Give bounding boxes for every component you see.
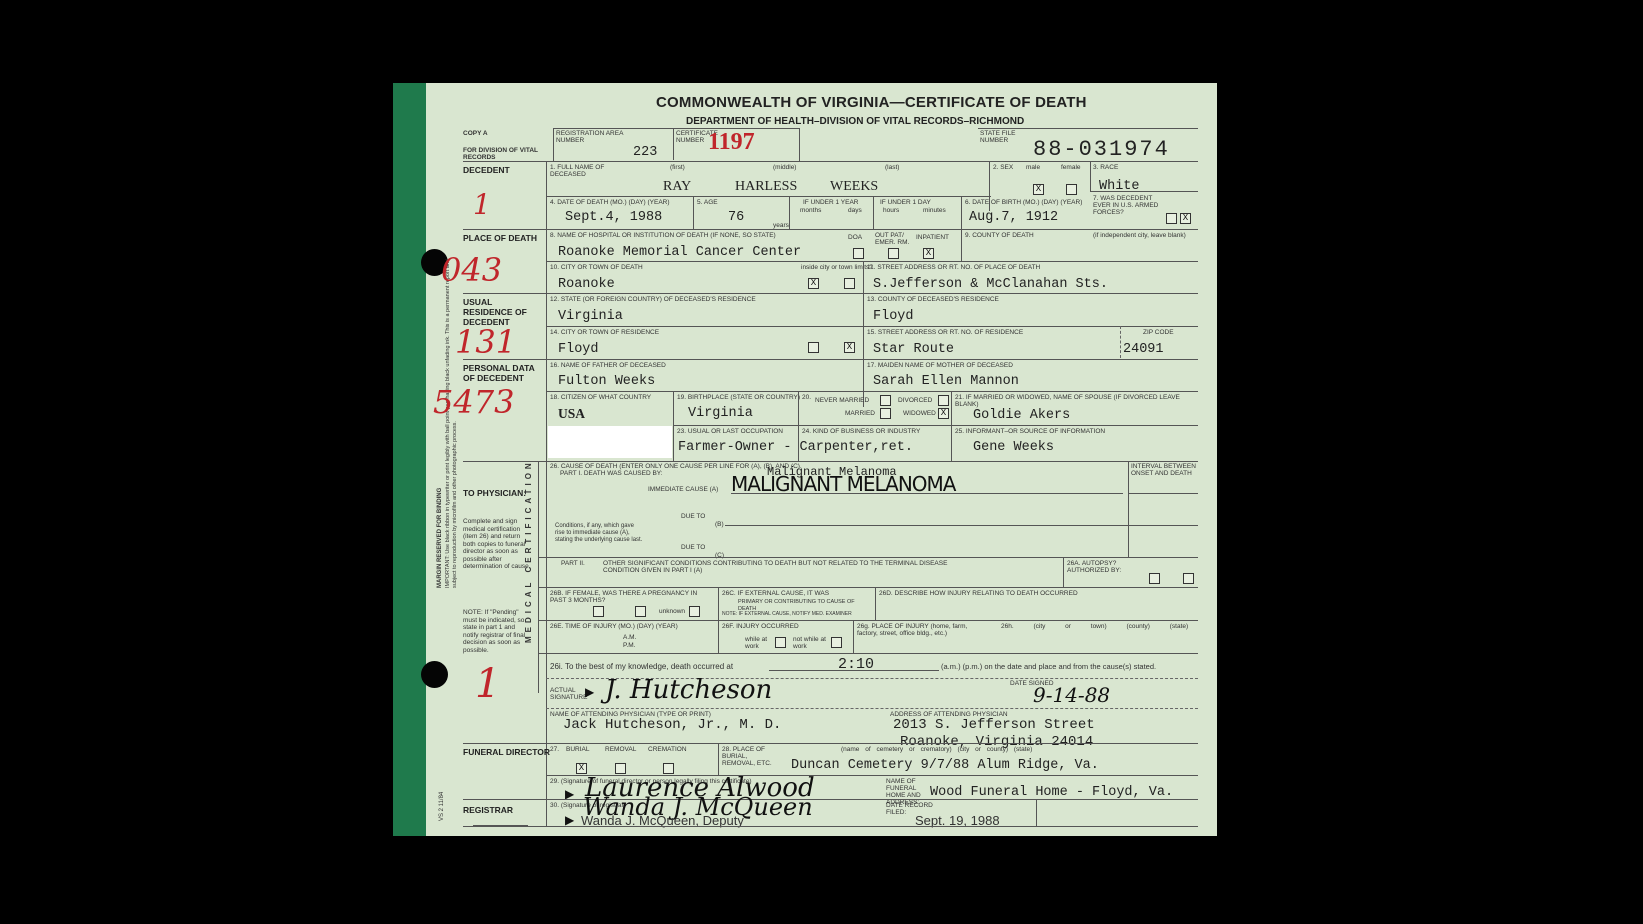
married-checkbox[interactable] <box>880 408 891 419</box>
physician-name-value: Jack Hutcheson, Jr., M. D. <box>563 717 781 733</box>
registration-area-label: REGISTRATION AREA NUMBER <box>556 130 626 144</box>
cremation-label: CREMATION <box>648 746 687 753</box>
armed-forces-no-checkbox[interactable]: X <box>1180 213 1191 224</box>
knowledge-suffix: (a.m.) (p.m.) on the date and place and … <box>941 663 1156 672</box>
pm-label: P.M. <box>623 642 636 649</box>
residence-city-value: Floyd <box>558 342 599 357</box>
days-label: days <box>848 207 862 214</box>
residence-street-label: 15. STREET ADDRESS OR RT. NO. OF RESIDEN… <box>867 329 1023 336</box>
section-to-physician: TO PHYSICIAN: <box>463 488 526 498</box>
pregnancy-unknown-checkbox[interactable] <box>689 606 700 617</box>
redacted-field <box>548 426 672 458</box>
race-label: 3. RACE <box>1093 164 1118 171</box>
certificate-title: COMMONWEALTH OF VIRGINIA—CERTIFICATE OF … <box>656 94 1087 111</box>
certificate-subtitle: DEPARTMENT OF HEALTH–DIVISION OF VITAL R… <box>686 116 1024 127</box>
cause-of-death-label: 26. CAUSE OF DEATH (Enter only one cause… <box>550 463 802 470</box>
due-to-c-label: DUE TO <box>681 544 705 551</box>
informant-value: Gene Weeks <box>973 440 1054 455</box>
mother-label: 17. MAIDEN NAME OF MOTHER OF DECEASED <box>867 362 1013 369</box>
place-of-death-code: 043 <box>441 251 502 289</box>
middle-name-label: (middle) <box>773 164 796 171</box>
pregnancy-unknown-label: unknown <box>659 608 685 615</box>
state-file-number: 88-031974 <box>1033 137 1170 162</box>
signature-arrow-icon: ▶ <box>585 685 594 699</box>
physician-signature-label: ACTUAL SIGNATURE <box>550 687 590 701</box>
male-label: male <box>1026 164 1040 171</box>
time-of-injury-label: 26e. TIME OF INJURY (mo.) (day) (year) <box>550 623 710 630</box>
residence-city-label: 14. CITY OR TOWN OF RESIDENCE <box>550 329 659 336</box>
years-label: years <box>773 222 789 229</box>
autopsy-yes-checkbox[interactable] <box>1149 573 1160 584</box>
divorced-checkbox[interactable] <box>938 395 949 406</box>
residence-county-label: 13. COUNTY OF DECEASED'S RESIDENCE <box>867 296 999 303</box>
immediate-cause-label: IMMEDIATE CAUSE (A) <box>648 486 718 493</box>
city-of-death-value: Roanoke <box>558 277 615 292</box>
part2-text: OTHER SIGNIFICANT CONDITIONS CONTRIBUTIN… <box>603 560 983 574</box>
residence-state-label: 12. STATE (OR FOREIGN COUNTRY) OF DECEAS… <box>550 296 756 303</box>
zip-value: 24091 <box>1123 342 1164 357</box>
city-of-death-label: 10. CITY OR TOWN OF DEATH <box>550 264 643 271</box>
inside-limits-no-checkbox[interactable] <box>844 278 855 289</box>
occupation-label: 23. USUAL OR LAST OCCUPATION <box>677 428 783 435</box>
pregnancy-yes-checkbox[interactable] <box>593 606 604 617</box>
armed-forces-label: 7. WAS DECEDENT EVER IN U.S. ARMED FORCE… <box>1093 195 1163 216</box>
inpatient-checkbox[interactable]: X <box>923 248 934 259</box>
section-personal-data: PERSONAL DATA OF DECEDENT <box>463 363 543 383</box>
married-label: MARRIED <box>845 410 875 417</box>
external-cause-note: NOTE: IF EXTERNAL CAUSE, NOTIFY MED. EXA… <box>722 611 852 618</box>
knowledge-statement: 26i. To the best of my knowledge, death … <box>550 663 733 672</box>
sex-male-checkbox[interactable]: X <box>1033 184 1044 195</box>
conditions-label: Conditions, if any, which gave rise to i… <box>555 523 645 544</box>
not-while-at-work-label: not while at work <box>793 636 828 650</box>
am-label: A.M. <box>623 634 636 641</box>
burial-label: BURIAL <box>566 746 589 753</box>
date-of-birth-value: Aug.7, 1912 <box>969 210 1058 225</box>
external-cause-label: 26c. IF EXTERNAL CAUSE, IT WAS <box>722 590 829 597</box>
date-signed-value: 9-14-88 <box>1033 683 1110 707</box>
residence-code: 131 <box>455 323 516 361</box>
section-place-of-death: PLACE OF DEATH <box>463 233 537 243</box>
under-year-label: IF UNDER 1 YEAR <box>803 199 859 206</box>
citizen-label: 18. CITIZEN OF WHAT COUNTRY <box>550 394 651 401</box>
interval-label: INTERVAL BETWEEN ONSET AND DEATH <box>1131 463 1201 477</box>
age-value: 76 <box>728 210 744 225</box>
birthplace-value: Virginia <box>688 406 753 421</box>
while-at-work-checkbox[interactable] <box>775 637 786 648</box>
occupation-value: Farmer-Owner - Carpenter,ret. <box>678 440 913 455</box>
part1-label: PART I. DEATH WAS CAUSED BY: <box>560 470 663 477</box>
binding-hole-bottom <box>421 661 448 688</box>
green-binding-stripe <box>393 83 426 836</box>
burial-place-sublabel: (name of cemetery or crematory) (city or… <box>841 746 1032 753</box>
section-registrar: REGISTRAR <box>463 805 513 815</box>
decedent-code: 1 <box>473 188 491 221</box>
informant-label: 25. INFORMANT–OR SOURCE OF INFORMATION <box>955 428 1105 435</box>
full-name-label: 1. FULL NAME OF DECEASED <box>550 164 620 178</box>
copy-label: COPY A <box>463 130 488 137</box>
never-married-label: NEVER MARRIED <box>815 397 869 404</box>
b-label: (B) <box>715 521 724 528</box>
minutes-label: minutes <box>923 207 946 214</box>
not-while-at-work-checkbox[interactable] <box>831 637 842 648</box>
outpatient-checkbox[interactable] <box>888 248 899 259</box>
state-file-label: STATE FILE NUMBER <box>980 130 1020 144</box>
residence-inside-yes-checkbox[interactable] <box>808 342 819 353</box>
marital-label: 20. <box>802 394 811 401</box>
county-of-death-note: (if independent city, leave blank) <box>1093 232 1186 239</box>
section-decedent: DECEDENT <box>463 165 510 175</box>
physician-instructions: Complete and sign medical certification … <box>463 518 531 571</box>
residence-street-value: Star Route <box>873 342 954 357</box>
injury-city-label: 26h. (city or town) (county) (state) <box>1001 623 1188 630</box>
important-instruction-text: IMPORTANT: Use black ribbon in typewrite… <box>445 258 459 588</box>
widowed-label: WIDOWED <box>903 410 936 417</box>
disposition-label: 27. <box>550 746 559 753</box>
form-code: VS 2 11/84 <box>438 792 447 821</box>
hours-label: hours <box>883 207 899 214</box>
first-name-label: (first) <box>670 164 685 171</box>
middle-name-value: HARLESS <box>735 179 797 195</box>
first-name-value: RAY <box>663 179 691 195</box>
pregnancy-label: 26b. IF FEMALE, WAS THERE A PREGNANCY IN… <box>550 590 710 604</box>
binding-margin-text: MARGIN RESERVED FOR BINDING <box>436 488 445 588</box>
registration-area-number: 223 <box>633 145 657 160</box>
autopsy-label: 26a. AUTOPSY? AUTHORIZED BY: <box>1067 560 1127 574</box>
burial-place-label: 28. PLACE OF BURIAL, REMOVAL, ETC. <box>722 746 777 767</box>
birthplace-label: 19. BIRTHPLACE (state or country) <box>677 394 800 401</box>
business-label: 24. KIND OF BUSINESS OR INDUSTRY <box>802 428 920 435</box>
last-name-label: (last) <box>885 164 899 171</box>
part2-label: PART II. <box>561 560 585 567</box>
while-at-work-label: while at work <box>745 636 773 650</box>
removal-label: REMOVAL <box>605 746 636 753</box>
residence-inside-no-checkbox[interactable]: X <box>844 342 855 353</box>
death-certificate: MARGIN RESERVED FOR BINDING IMPORTANT: U… <box>393 83 1217 836</box>
physician-address-line1: 2013 S. Jefferson Street <box>893 717 1095 733</box>
place-of-injury-label: 26g. PLACE OF INJURY (home, farm, factor… <box>857 623 977 637</box>
doa-checkbox[interactable] <box>853 248 864 259</box>
pending-note: NOTE: If "Pending" must be indicated, so… <box>463 609 531 654</box>
date-of-birth-label: 6. DATE OF BIRTH (mo.) (day) (year) <box>965 199 1090 206</box>
registrar-arrow-icon: ▶ <box>565 813 574 827</box>
outpatient-label: OUT PAT/ Emer. Rm. <box>875 232 915 246</box>
injury-occurred-label: 26f. INJURY OCCURRED <box>722 623 799 630</box>
personal-data-code: 5473 <box>433 383 514 421</box>
death-street-label: 11. STREET ADDRESS OR RT. NO. OF PLACE O… <box>867 264 1040 271</box>
sex-label: 2. SEX <box>993 164 1013 171</box>
father-label: 16. NAME OF FATHER OF DECEASED <box>550 362 666 369</box>
last-name-value: WEEKS <box>830 179 878 195</box>
female-label: female <box>1061 164 1081 171</box>
autopsy-no-checkbox[interactable] <box>1183 573 1194 584</box>
divorced-label: DIVORCED <box>898 397 932 404</box>
county-of-death-label: 9. COUNTY OF DEATH <box>965 232 1034 239</box>
never-married-checkbox[interactable] <box>880 395 891 406</box>
months-label: months <box>800 207 821 214</box>
zip-label: ZIP CODE <box>1143 329 1174 336</box>
physician-signature: J. Hutcheson <box>605 675 772 705</box>
section-funeral-director: FUNERAL DIRECTOR <box>463 747 550 757</box>
sex-female-checkbox[interactable] <box>1066 184 1077 195</box>
inside-limits-yes-checkbox[interactable]: X <box>808 278 819 289</box>
residence-county-value: Floyd <box>873 309 914 324</box>
father-value: Fulton Weeks <box>558 374 655 389</box>
spouse-value: Goldie Akers <box>973 408 1070 423</box>
mother-value: Sarah Ellen Mannon <box>873 374 1019 389</box>
date-of-death-value: Sept.4, 1988 <box>565 210 662 225</box>
inpatient-label: Inpatient <box>916 234 949 241</box>
residence-state-value: Virginia <box>558 309 623 324</box>
age-label: 5. AGE <box>697 199 718 206</box>
medical-code: 1 <box>475 661 500 707</box>
doa-label: DOA <box>848 234 862 241</box>
injury-description-label: 26d. DESCRIBE HOW INJURY RELATING TO DEA… <box>879 590 1078 597</box>
pregnancy-no-checkbox[interactable] <box>635 606 646 617</box>
hospital-label: 8. NAME OF HOSPITAL OR INSTITUTION OF DE… <box>550 232 776 239</box>
date-of-death-label: 4. DATE OF DEATH (mo.) (day) (year) <box>550 199 685 206</box>
armed-forces-yes-checkbox[interactable] <box>1166 213 1177 224</box>
hospital-value: Roanoke Memorial Cancer Center <box>558 245 801 260</box>
under-day-label: IF UNDER 1 DAY <box>880 199 931 206</box>
citizen-value: USA <box>558 406 585 422</box>
funeral-home-value: Wood Funeral Home - Floyd, Va. <box>930 785 1173 800</box>
burial-place-value: Duncan Cemetery 9/7/88 Alum Ridge, Va. <box>791 758 1099 773</box>
certificate-number: 1197 <box>708 129 755 156</box>
due-to-b-label: DUE TO <box>681 513 705 520</box>
widowed-checkbox[interactable]: X <box>938 408 949 419</box>
division-label: FOR DIVISION OF VITAL RECORDS <box>463 147 543 161</box>
spouse-label: 21. IF MARRIED OR WIDOWED, NAME OF SPOUS… <box>955 394 1185 408</box>
death-street-value: S.Jefferson & McClanahan Sts. <box>873 277 1108 292</box>
